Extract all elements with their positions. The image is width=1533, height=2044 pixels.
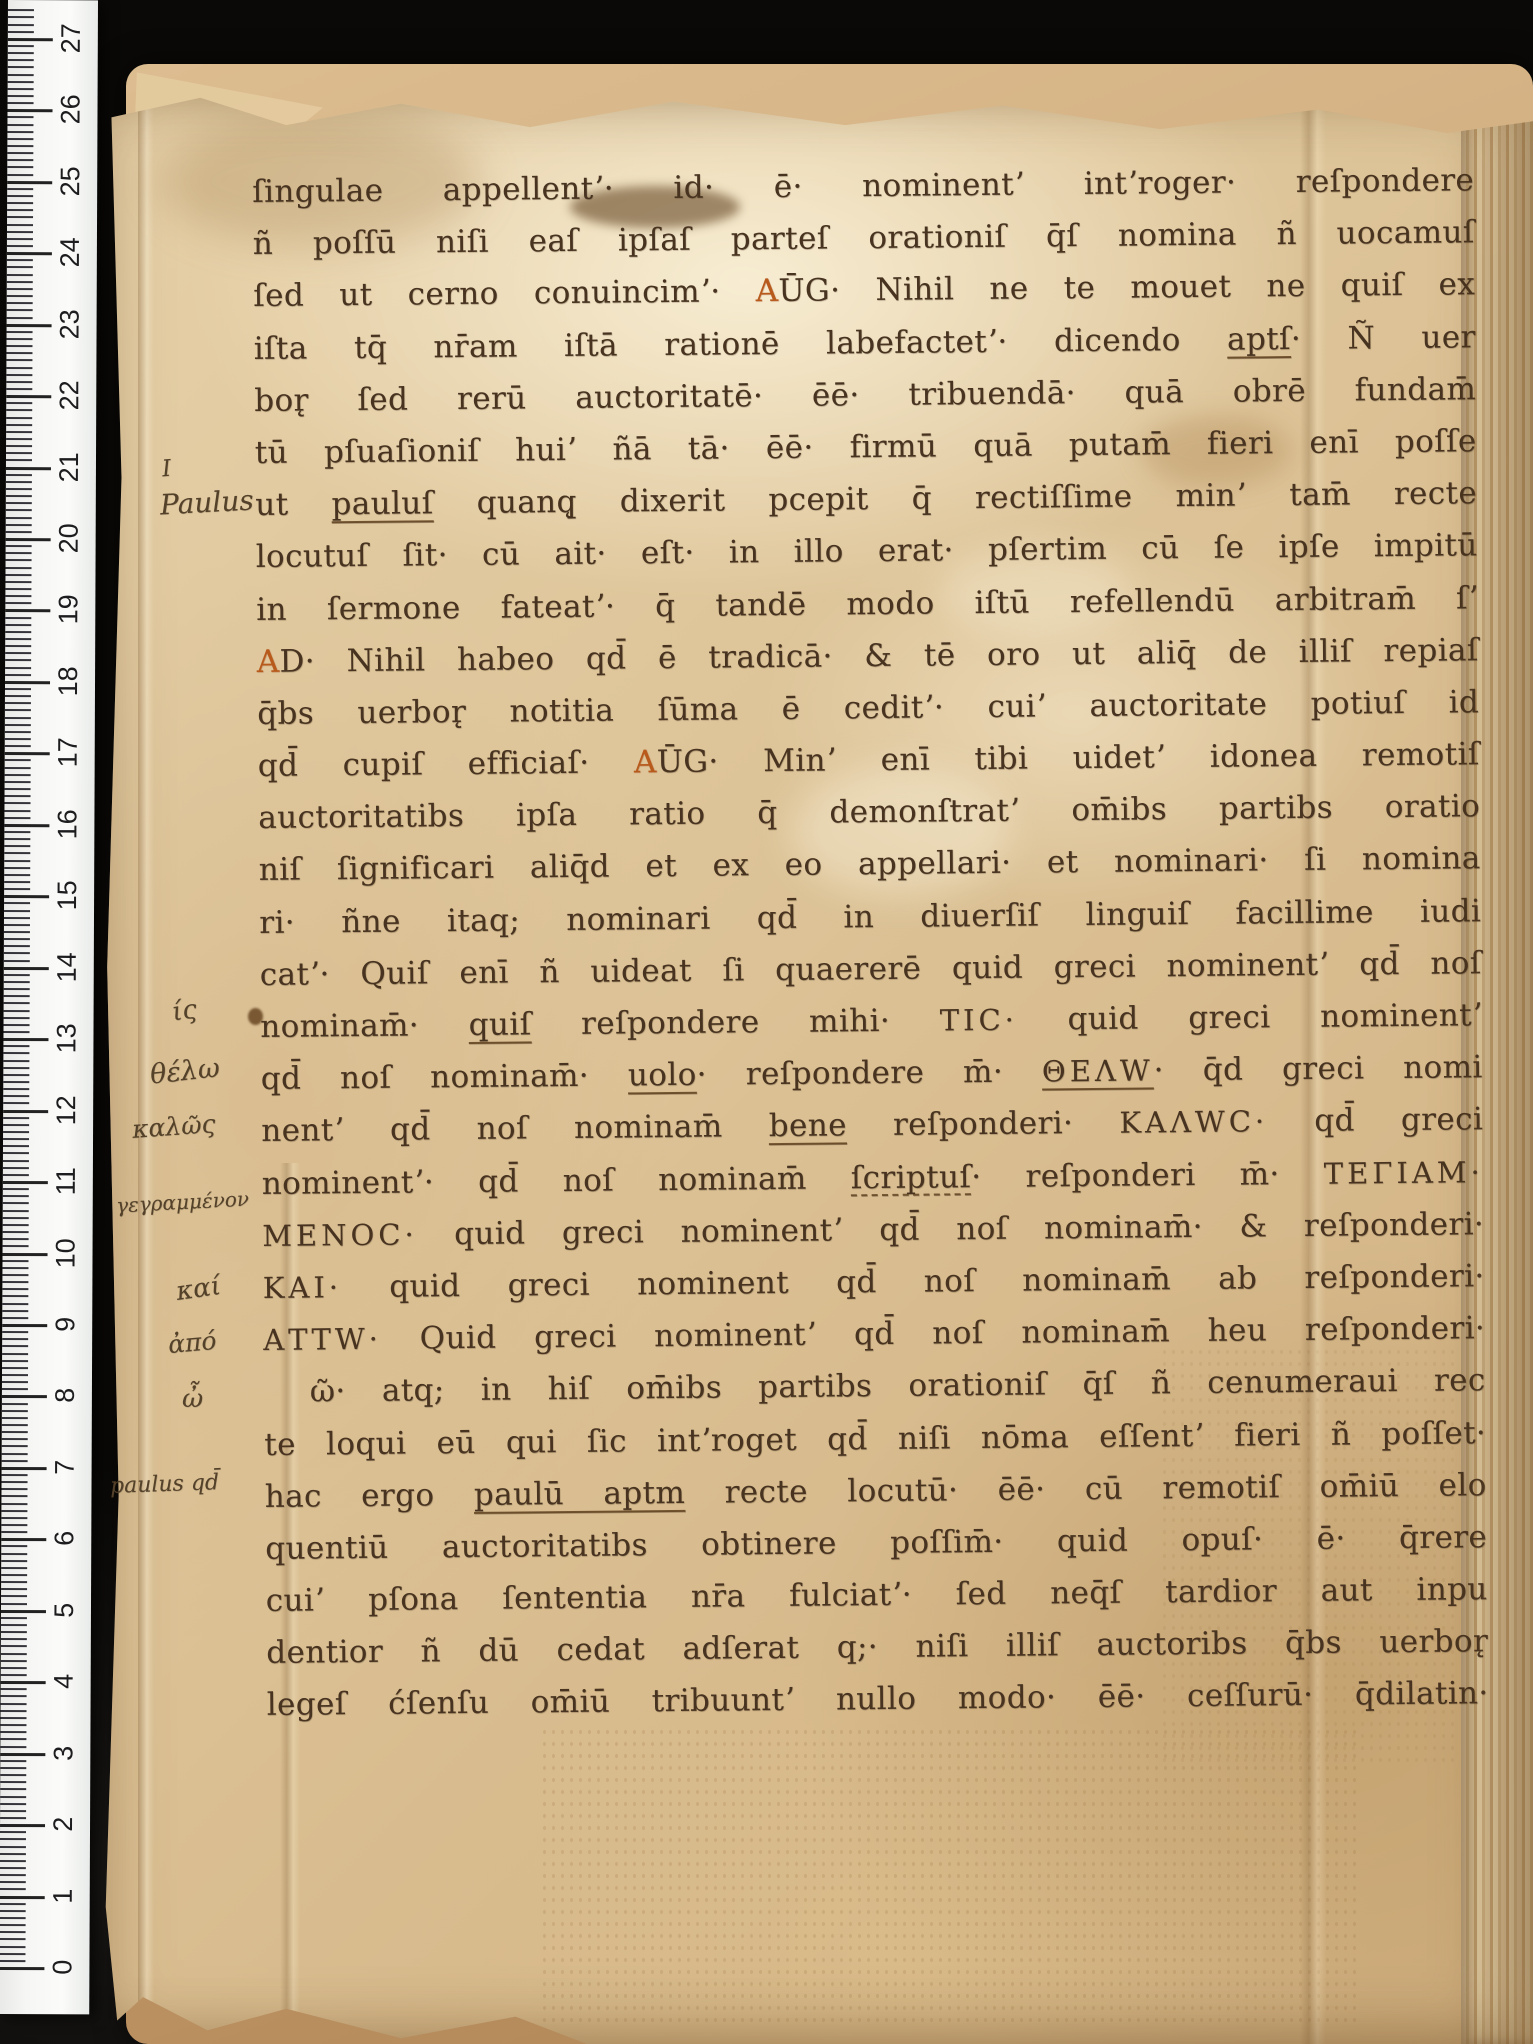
ruler-tick <box>6 359 32 361</box>
ruler-tick <box>5 688 31 690</box>
ruler-tick <box>6 531 32 533</box>
ruler-tick <box>4 852 30 854</box>
ruler-number: 16 <box>51 807 83 841</box>
ruler-tick <box>1 1524 27 1526</box>
ruler-number: 20 <box>53 521 85 555</box>
ruler-number: 22 <box>53 378 85 412</box>
ruler-tick <box>7 116 33 118</box>
ruler-tick <box>3 1181 48 1184</box>
ruler-tick <box>6 402 32 404</box>
ruler-tick <box>6 474 32 476</box>
ruler-tick <box>5 574 31 576</box>
ruler-tick <box>8 109 53 112</box>
ruler-tick <box>8 102 34 104</box>
ruler-tick <box>6 467 51 470</box>
ruler-number: 26 <box>54 93 86 127</box>
ruler-tick <box>8 74 34 76</box>
ruler-tick <box>6 367 32 369</box>
ruler-tick <box>2 1324 47 1327</box>
ruler-tick <box>3 1095 29 1097</box>
ruler-tick <box>6 409 32 411</box>
ruler-tick <box>6 424 32 426</box>
ruler-tick <box>0 1745 26 1747</box>
ruler-tick <box>2 1360 28 1362</box>
ruler-tick <box>6 417 32 419</box>
ruler-tick <box>5 595 31 597</box>
ruler-tick <box>4 860 30 862</box>
ruler-tick <box>4 831 30 833</box>
ruler-tick <box>0 1781 26 1783</box>
ruler-tick <box>7 216 33 218</box>
ruler-tick <box>5 781 31 783</box>
ruler-tick <box>0 1738 26 1740</box>
ruler-tick <box>0 1824 45 1827</box>
ruler-tick <box>3 1031 29 1033</box>
ruler-tick <box>1 1510 27 1512</box>
ruler-tick <box>1 1495 27 1497</box>
ruler-tick <box>4 874 30 876</box>
ruler-tick <box>5 702 31 704</box>
ruler-tick <box>3 1217 29 1219</box>
ruler-tick <box>6 352 32 354</box>
ruler-tick <box>8 31 34 33</box>
ruler-number: 3 <box>47 1736 79 1770</box>
ruler-tick <box>4 945 30 947</box>
ruler-number: 7 <box>49 1450 81 1484</box>
ruler-tick <box>5 731 31 733</box>
ruler-tick <box>2 1353 28 1355</box>
ruler-tick <box>6 459 32 461</box>
ruler-tick <box>4 967 49 970</box>
ruler-tick <box>2 1367 28 1369</box>
ruler-tick <box>0 1774 26 1776</box>
ruler-tick <box>4 824 49 827</box>
parchment-leaf: ſingulae appellentʼ· id· ē· nominentʼ in… <box>100 86 1533 2044</box>
ruler-tick <box>1 1688 27 1690</box>
ruler-tick <box>7 145 33 147</box>
ruler-tick <box>4 981 30 983</box>
ruler-tick <box>5 652 31 654</box>
ruler-number: 17 <box>52 736 84 770</box>
ruler-tick <box>0 1788 26 1790</box>
ruler-tick <box>5 631 31 633</box>
ruler-tick <box>1 1560 27 1562</box>
ruler-tick <box>0 1888 26 1890</box>
ruler-tick <box>7 274 33 276</box>
ruler-tick <box>0 1874 26 1876</box>
ruler-tick <box>6 524 32 526</box>
ruler-tick <box>2 1474 28 1476</box>
ruler-tick <box>4 995 30 997</box>
ruler-tick <box>8 81 34 83</box>
ruler-tick <box>7 231 33 233</box>
ruler-tick <box>6 388 32 390</box>
ruler-number: 6 <box>48 1521 80 1555</box>
ruler-tick <box>2 1288 28 1290</box>
ruler-tick <box>1 1545 27 1547</box>
ruler-tick <box>0 1724 26 1726</box>
ruler-tick <box>6 395 51 398</box>
ruler-tick <box>1 1567 27 1569</box>
ruler-tick <box>2 1260 28 1262</box>
ruler-tick <box>0 1810 26 1812</box>
ruler-tick <box>2 1403 28 1405</box>
ruler-tick <box>5 738 31 740</box>
ruler-tick <box>7 188 33 190</box>
ruler-tick <box>4 902 30 904</box>
ruler-number: 19 <box>52 593 84 627</box>
ruler-tick <box>0 1860 26 1862</box>
ruler-tick <box>0 1838 26 1840</box>
ruler-tick <box>5 774 31 776</box>
ruler-tick <box>0 1903 26 1905</box>
ruler-tick <box>6 538 51 541</box>
ruler-tick <box>2 1281 28 1283</box>
edge-shading <box>100 86 1533 2044</box>
ruler-tick <box>7 238 33 240</box>
ruler-tick <box>5 709 31 711</box>
margin-note: paulus qd̄ <box>110 1470 220 1499</box>
ruler-tick <box>0 1753 45 1756</box>
ruler-tick <box>0 1967 44 1970</box>
margin-note: Paulus <box>159 484 254 522</box>
ruler-tick <box>3 1102 29 1104</box>
ruler-tick <box>2 1467 47 1470</box>
ruler-number: 0 <box>46 1950 78 1984</box>
ruler-tick <box>4 867 30 869</box>
ruler-tick <box>2 1310 28 1312</box>
ruler-tick <box>7 309 33 311</box>
ruler-tick <box>0 1853 26 1855</box>
ruler-tick <box>4 895 49 898</box>
ruler-tick <box>2 1295 28 1297</box>
ruler-tick <box>7 266 33 268</box>
ruler-number: 12 <box>50 1093 82 1127</box>
ruler-tick <box>7 174 33 176</box>
ruler-tick <box>3 1052 29 1054</box>
ruler-tick <box>4 888 30 890</box>
ruler-tick <box>7 202 33 204</box>
ruler-tick <box>3 1152 29 1154</box>
ruler-tick <box>1 1695 27 1697</box>
ruler-tick <box>7 138 33 140</box>
ruler-tick <box>3 1074 29 1076</box>
ruler-tick <box>5 724 31 726</box>
ruler-tick <box>6 445 32 447</box>
ruler-tick <box>2 1388 28 1390</box>
ruler-tick <box>3 1045 29 1047</box>
ruler-number: 13 <box>50 1021 82 1055</box>
ruler-tick <box>7 295 33 297</box>
ruler-tick <box>4 838 30 840</box>
ruler-tick <box>6 502 32 504</box>
ruler-tick <box>1 1681 46 1684</box>
ruler-tick <box>4 845 30 847</box>
ruler-tick <box>7 316 33 318</box>
ruler-tick <box>7 324 52 327</box>
ruler-tick <box>3 1167 29 1169</box>
ruler-tick <box>1 1538 46 1541</box>
ruler-tick <box>1 1574 27 1576</box>
ruler-tick <box>3 1238 29 1240</box>
ruler-tick <box>8 59 34 61</box>
ruler-tick <box>3 1188 29 1190</box>
ruler-tick <box>6 559 32 561</box>
ruler-tick <box>2 1445 28 1447</box>
ruler-tick <box>2 1395 47 1398</box>
ruler-tick <box>6 438 32 440</box>
ruler-tick <box>5 602 31 604</box>
ruler-tick <box>1 1710 27 1712</box>
ruler-tick <box>1 1610 46 1613</box>
ruler-number: 18 <box>52 664 84 698</box>
ruler-number: 8 <box>49 1379 81 1413</box>
ruler-number: 10 <box>49 1236 81 1270</box>
ruler-tick <box>1 1553 27 1555</box>
ruler-tick <box>6 452 32 454</box>
ruler-tick <box>7 259 33 261</box>
ruler-tick <box>6 567 32 569</box>
ruler-tick <box>7 159 33 161</box>
ruler-tick <box>4 974 30 976</box>
ruler-tick <box>2 1453 28 1455</box>
ruler-tick <box>7 288 33 290</box>
ruler-tick <box>3 1174 29 1176</box>
ruler-tick <box>8 52 34 54</box>
ruler-tick <box>8 16 34 18</box>
ruler-number: 5 <box>48 1593 80 1627</box>
ruler-tick <box>3 1131 29 1133</box>
ruler-tick <box>7 131 33 133</box>
ruler-tick <box>0 1960 25 1962</box>
ruler-tick <box>8 95 34 97</box>
ruler-tick <box>7 195 33 197</box>
ruler-tick <box>0 1867 26 1869</box>
ruler-tick <box>6 488 32 490</box>
ruler-number: 14 <box>51 950 83 984</box>
ruler-tick <box>7 166 33 168</box>
ruler-tick <box>0 1938 26 1940</box>
ruler-tick <box>4 952 30 954</box>
ruler-tick <box>8 66 34 68</box>
ruler-tick <box>0 1760 26 1762</box>
ruler-tick <box>1 1645 27 1647</box>
ruler-tick <box>5 581 31 583</box>
ruler-tick <box>8 88 34 90</box>
ruler-tick <box>5 617 31 619</box>
ruler: 0123456789101112131415161718192021222324… <box>0 0 98 2014</box>
ruler-tick <box>7 338 33 340</box>
ruler-tick <box>4 960 30 962</box>
ruler-number: 9 <box>49 1307 81 1341</box>
ruler-tick <box>3 1231 29 1233</box>
ruler-tick <box>3 1124 29 1126</box>
ruler-tick <box>5 752 50 755</box>
ruler-tick <box>8 24 34 26</box>
ruler-number: 21 <box>53 450 85 484</box>
ruler-tick <box>7 245 33 247</box>
ruler-tick <box>4 924 30 926</box>
ruler-tick <box>4 1017 30 1019</box>
ruler-tick <box>1 1517 27 1519</box>
ruler-number: 25 <box>54 164 86 198</box>
ruler-tick <box>7 331 33 333</box>
ruler-tick <box>3 1138 29 1140</box>
ruler-tick <box>5 667 31 669</box>
ruler-tick <box>8 9 34 11</box>
ruler-tick <box>4 1010 30 1012</box>
ruler-tick <box>0 1881 26 1883</box>
ruler-tick <box>1 1588 27 1590</box>
ruler-tick <box>3 1202 29 1204</box>
ruler-tick <box>4 802 30 804</box>
ruler-tick <box>0 1731 26 1733</box>
ruler-number: 24 <box>54 235 86 269</box>
ruler-tick <box>5 767 31 769</box>
ruler-tick <box>4 910 30 912</box>
ruler-tick <box>1 1531 27 1533</box>
ruler-tick <box>5 795 31 797</box>
ruler-tick <box>5 609 50 612</box>
ruler-tick <box>1 1581 27 1583</box>
ruler-tick <box>8 45 34 47</box>
ruler-tick <box>1 1595 27 1597</box>
ruler-tick <box>3 1210 29 1212</box>
ruler-tick <box>2 1302 28 1304</box>
margin-note-greek: ἀπό <box>167 1326 218 1359</box>
ruler-tick <box>2 1381 28 1383</box>
ruler-tick <box>6 345 32 347</box>
ruler-tick <box>3 1252 48 1255</box>
ruler-tick <box>3 1195 29 1197</box>
ruler-tick <box>2 1481 28 1483</box>
ruler-tick <box>1 1503 27 1505</box>
ruler-tick <box>2 1317 28 1319</box>
ruler-tick <box>1 1638 27 1640</box>
margin-note-greek: ὦ <box>182 1384 203 1414</box>
ruler-tick <box>3 1060 29 1062</box>
ruler-tick <box>2 1417 28 1419</box>
ruler-tick <box>2 1424 28 1426</box>
ruler-tick <box>0 1717 26 1719</box>
ruler-tick <box>7 252 52 255</box>
ruler-tick <box>0 1917 26 1919</box>
ruler-tick <box>2 1431 28 1433</box>
ruler-tick <box>4 988 30 990</box>
ruler-number: 27 <box>55 21 87 55</box>
ruler-number: 11 <box>50 1164 82 1198</box>
ruler-tick <box>7 302 33 304</box>
ruler-tick <box>3 1110 48 1113</box>
ruler-number: 23 <box>54 307 86 341</box>
ruler-tick <box>1 1624 27 1626</box>
ruler-tick <box>7 281 33 283</box>
ruler-tick <box>7 224 33 226</box>
ruler-tick <box>5 695 31 697</box>
ruler-tick <box>0 1831 26 1833</box>
ruler-tick <box>5 788 31 790</box>
margin-note-greek: καί <box>174 1271 223 1307</box>
ruler-tick <box>4 917 30 919</box>
ruler-tick <box>2 1331 28 1333</box>
ruler-tick <box>3 1160 29 1162</box>
ruler-tick <box>0 1910 26 1912</box>
ruler-tick <box>5 624 31 626</box>
ruler-tick <box>5 674 31 676</box>
ruler-tick <box>0 1817 26 1819</box>
ruler-tick <box>6 374 32 376</box>
ruler-tick <box>4 931 30 933</box>
ruler-tick <box>6 431 32 433</box>
margin-note-greek: καλῶς <box>131 1109 216 1144</box>
ruler-number: 4 <box>48 1664 80 1698</box>
ruler-tick <box>5 681 50 684</box>
manuscript-photo: 0123456789101112131415161718192021222324… <box>0 0 1533 2044</box>
ruler-tick <box>5 645 31 647</box>
ruler-number: 15 <box>51 878 83 912</box>
ruler-tick <box>8 38 53 41</box>
ruler-tick <box>4 809 30 811</box>
ruler-tick <box>0 1795 26 1797</box>
ruler-tick <box>6 381 32 383</box>
ruler-number: 1 <box>47 1879 79 1913</box>
ruler-number: 2 <box>47 1807 79 1841</box>
ruler-tick <box>3 1067 29 1069</box>
ruler-tick <box>5 759 31 761</box>
ruler-tick <box>3 1245 29 1247</box>
ruler-tick <box>1 1603 27 1605</box>
ruler-tick <box>0 1931 26 1933</box>
ruler-tick <box>5 638 31 640</box>
ruler-tick <box>6 495 32 497</box>
ruler-tick <box>3 1117 29 1119</box>
ruler-tick <box>1 1703 27 1705</box>
ruler-tick <box>1 1667 27 1669</box>
ruler-tick <box>4 881 30 883</box>
ruler-tick <box>3 1081 29 1083</box>
ruler-tick <box>2 1267 28 1269</box>
ruler-tick <box>0 1953 25 1955</box>
ruler-tick <box>0 1803 26 1805</box>
ruler-tick <box>1 1631 27 1633</box>
ruler-tick <box>0 1896 45 1899</box>
ruler-tick <box>7 124 33 126</box>
ruler-tick <box>3 1224 29 1226</box>
ruler-tick <box>3 1038 48 1041</box>
ruler-tick <box>2 1374 28 1376</box>
ruler-tick <box>5 717 31 719</box>
ruler-tick <box>4 1024 30 1026</box>
ruler-tick <box>0 1924 26 1926</box>
ruler-tick <box>3 1145 29 1147</box>
ruler-tick <box>0 1767 26 1769</box>
ruler-tick <box>1 1674 27 1676</box>
ruler-tick <box>4 938 30 940</box>
ruler-tick <box>2 1438 28 1440</box>
ruler-tick <box>6 481 32 483</box>
ruler-tick <box>4 817 30 819</box>
ruler-tick <box>2 1345 28 1347</box>
ruler-tick <box>2 1460 28 1462</box>
ruler-tick <box>5 588 31 590</box>
margin-note-greek: ίς <box>170 994 199 1027</box>
ruler-tick <box>0 1846 26 1848</box>
ruler-tick <box>6 545 32 547</box>
ruler-tick <box>1 1660 27 1662</box>
ruler-tick <box>5 659 31 661</box>
ruler-tick <box>3 1088 29 1090</box>
ruler-tick <box>2 1338 28 1340</box>
